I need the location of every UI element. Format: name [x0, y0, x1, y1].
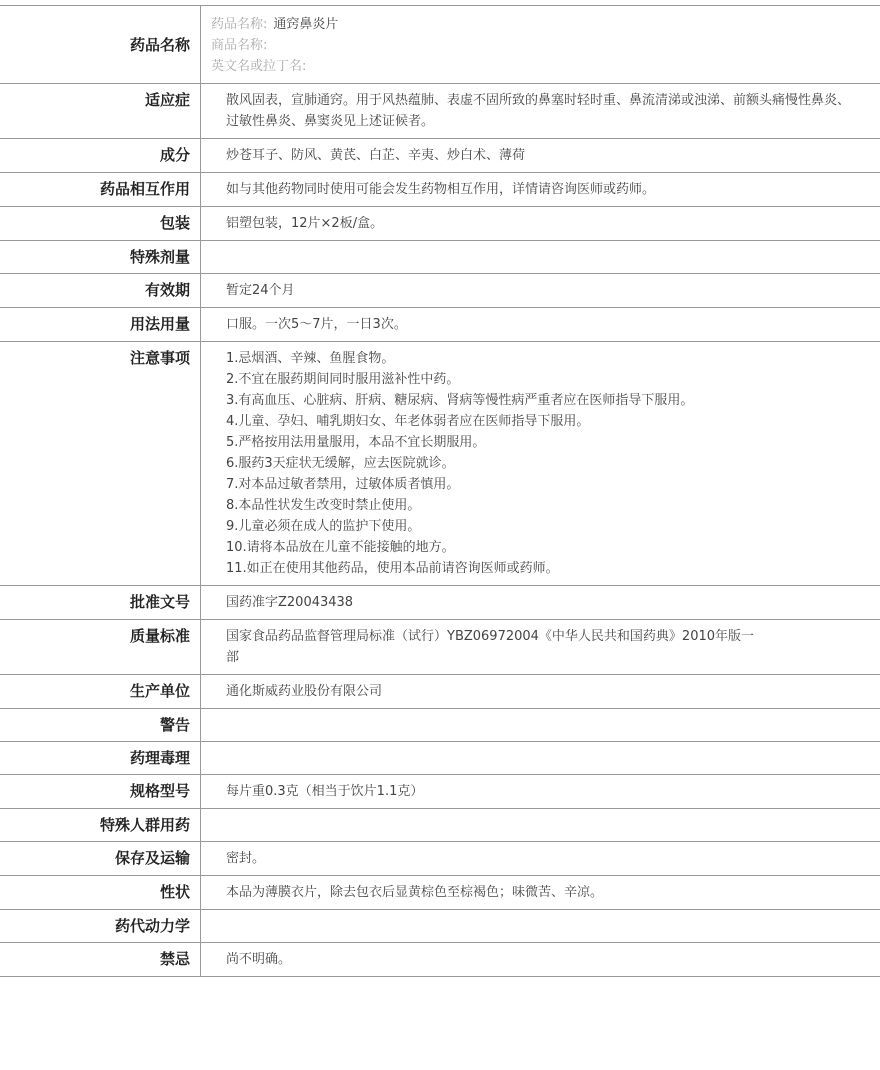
row-approval-number: 批准文号 国药准字Z20043438 — [0, 586, 880, 620]
english-name-label: 英文名或拉丁名: — [211, 59, 306, 74]
row-label: 保存及运输 — [0, 842, 201, 876]
row-label: 性状 — [0, 876, 201, 910]
row-label: 用法用量 — [0, 308, 201, 342]
row-special-dosage: 特殊剂量 — [0, 241, 880, 274]
generic-name-line: 药品名称:通窍鼻炎片 — [211, 14, 860, 35]
row-label: 注意事项 — [0, 342, 201, 586]
precaution-item: 11.如正在使用其他药品，使用本品前请咨询医师或药师。 — [226, 558, 860, 579]
row-pharmacology-toxicology: 药理毒理 — [0, 742, 880, 775]
row-value — [201, 910, 880, 943]
row-value — [201, 709, 880, 742]
row-label: 质量标准 — [0, 620, 201, 675]
row-label: 适应症 — [0, 84, 201, 139]
row-value: 通化斯威药业股份有限公司 — [201, 675, 880, 709]
precaution-item: 1.忌烟酒、辛辣、鱼腥食物。 — [226, 348, 860, 369]
row-value: 每片重0.3克（相当于饮片1.1克） — [201, 775, 880, 809]
precaution-item: 9.儿童必须在成人的监护下使用。 — [226, 516, 860, 537]
row-shelf-life: 有效期 暂定24个月 — [0, 274, 880, 308]
drug-name-cell: 药品名称:通窍鼻炎片 商品名称: 英文名或拉丁名: — [201, 6, 880, 84]
english-name-line: 英文名或拉丁名: — [211, 56, 860, 77]
row-label: 药理毒理 — [0, 742, 201, 775]
precaution-item: 6.服药3天症状无缓解，应去医院就诊。 — [226, 453, 860, 474]
row-label: 特殊人群用药 — [0, 809, 201, 842]
row-value: 暂定24个月 — [201, 274, 880, 308]
row-value: 国药准字Z20043438 — [201, 586, 880, 620]
generic-name-label: 药品名称: — [211, 17, 267, 32]
precaution-item: 4.儿童、孕妇、哺乳期妇女、年老体弱者应在医师指导下服用。 — [226, 411, 860, 432]
row-value: 尚不明确。 — [201, 943, 880, 977]
precaution-item: 5.严格按用法用量服用，本品不宜长期服用。 — [226, 432, 860, 453]
row-drug-name: 药品名称 药品名称:通窍鼻炎片 商品名称: 英文名或拉丁名: — [0, 6, 880, 84]
empty-value — [226, 916, 860, 936]
row-label: 特殊剂量 — [0, 241, 201, 274]
precaution-item: 3.有高血压、心脏病、肝病、糖尿病、肾病等慢性病严重者应在医师指导下服用。 — [226, 390, 860, 411]
drug-info-table: 药品名称 药品名称:通窍鼻炎片 商品名称: 英文名或拉丁名: 适应症 散风固表，… — [0, 5, 880, 977]
row-label: 药品相互作用 — [0, 173, 201, 207]
precaution-item: 8.本品性状发生改变时禁止使用。 — [226, 495, 860, 516]
row-storage-transport: 保存及运输 密封。 — [0, 842, 880, 876]
row-specification: 规格型号 每片重0.3克（相当于饮片1.1克） — [0, 775, 880, 809]
row-value: 密封。 — [201, 842, 880, 876]
row-quality-standard: 质量标准 国家食品药品监督管理局标准（试行）YBZ06972004《中华人民共和… — [0, 620, 880, 675]
row-value: 散风固表，宣肺通窍。用于风热蕴肺、表虚不固所致的鼻塞时轻时重、鼻流清涕或浊涕、前… — [201, 84, 880, 139]
row-value: 国家食品药品监督管理局标准（试行）YBZ06972004《中华人民共和国药典》2… — [201, 620, 880, 675]
row-ingredients: 成分 炒苍耳子、防风、黄芪、白芷、辛夷、炒白术、薄荷 — [0, 139, 880, 173]
row-description: 性状 本品为薄膜衣片，除去包衣后显黄棕色至棕褐色；味微苦、辛凉。 — [0, 876, 880, 910]
row-value: 口服。一次5～7片，一日3次。 — [201, 308, 880, 342]
row-usage: 用法用量 口服。一次5～7片，一日3次。 — [0, 308, 880, 342]
precautions-list: 1.忌烟酒、辛辣、鱼腥食物。 2.不宜在服药期间同时服用滋补性中药。 3.有高血… — [201, 342, 880, 586]
row-label: 成分 — [0, 139, 201, 173]
trade-name-label: 商品名称: — [211, 38, 267, 53]
row-manufacturer: 生产单位 通化斯威药业股份有限公司 — [0, 675, 880, 709]
row-value: 本品为薄膜衣片，除去包衣后显黄棕色至棕褐色；味微苦、辛凉。 — [201, 876, 880, 910]
row-value — [201, 809, 880, 842]
row-label: 药代动力学 — [0, 910, 201, 943]
row-label: 包装 — [0, 207, 201, 241]
row-label: 批准文号 — [0, 586, 201, 620]
row-precautions: 注意事项 1.忌烟酒、辛辣、鱼腥食物。 2.不宜在服药期间同时服用滋补性中药。 … — [0, 342, 880, 586]
row-value: 炒苍耳子、防风、黄芪、白芷、辛夷、炒白术、薄荷 — [201, 139, 880, 173]
row-pharmacokinetics: 药代动力学 — [0, 910, 880, 943]
row-packaging: 包装 铝塑包装，12片×2板/盒。 — [0, 207, 880, 241]
row-indications: 适应症 散风固表，宣肺通窍。用于风热蕴肺、表虚不固所致的鼻塞时轻时重、鼻流清涕或… — [0, 84, 880, 139]
drug-info-page: 药品名称 药品名称:通窍鼻炎片 商品名称: 英文名或拉丁名: 适应症 散风固表，… — [0, 0, 880, 977]
precaution-item: 2.不宜在服药期间同时服用滋补性中药。 — [226, 369, 860, 390]
precaution-item: 7.对本品过敏者禁用，过敏体质者慎用。 — [226, 474, 860, 495]
row-special-populations: 特殊人群用药 — [0, 809, 880, 842]
row-contraindications: 禁忌 尚不明确。 — [0, 943, 880, 977]
trade-name-line: 商品名称: — [211, 35, 860, 56]
row-value: 铝塑包装，12片×2板/盒。 — [201, 207, 880, 241]
empty-value — [226, 715, 860, 735]
row-label: 规格型号 — [0, 775, 201, 809]
generic-name-value: 通窍鼻炎片 — [273, 17, 338, 32]
row-label: 警告 — [0, 709, 201, 742]
row-label: 生产单位 — [0, 675, 201, 709]
row-label: 禁忌 — [0, 943, 201, 977]
row-value — [201, 241, 880, 274]
row-value — [201, 742, 880, 775]
row-warning: 警告 — [0, 709, 880, 742]
precaution-item: 10.请将本品放在儿童不能接触的地方。 — [226, 537, 860, 558]
row-label: 有效期 — [0, 274, 201, 308]
empty-value — [226, 247, 860, 267]
empty-value — [226, 815, 860, 835]
empty-value — [226, 748, 860, 768]
row-value: 如与其他药物同时使用可能会发生药物相互作用，详情请咨询医师或药师。 — [201, 173, 880, 207]
row-label: 药品名称 — [0, 6, 201, 84]
row-interactions: 药品相互作用 如与其他药物同时使用可能会发生药物相互作用，详情请咨询医师或药师。 — [0, 173, 880, 207]
